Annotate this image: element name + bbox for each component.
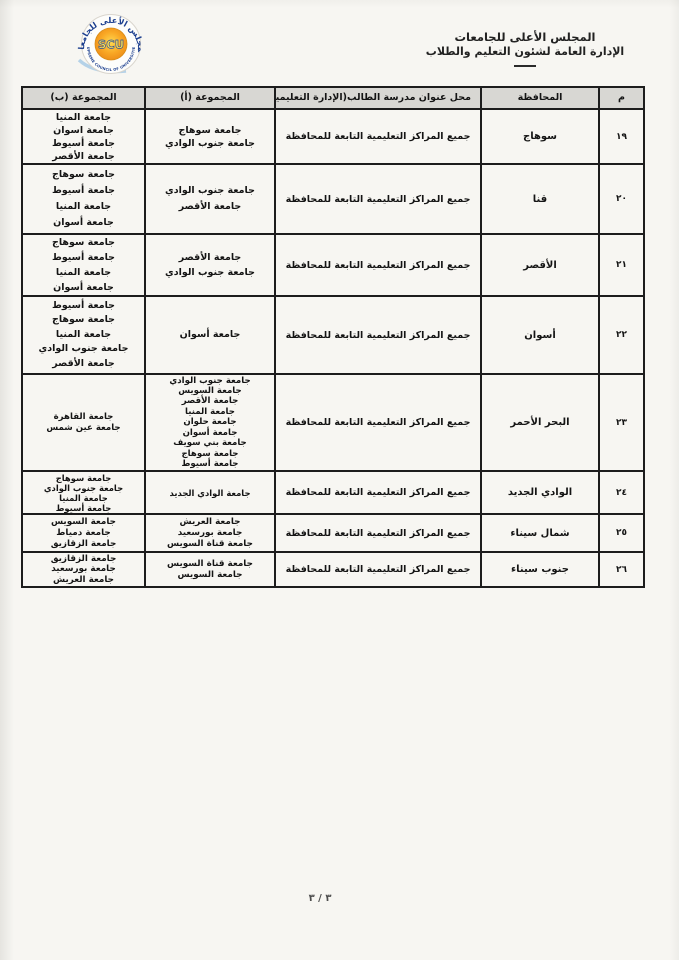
org-title-line2: الإدارة العامة لشئون التعليم والطلاب: [400, 44, 650, 59]
col-header-school-right: محل عنوان مدرسة الطالب: [347, 93, 471, 103]
row-number-cell: ٢٠: [599, 164, 644, 234]
row-number-cell: ٢٤: [599, 471, 644, 514]
university-item: جامعة الأقصر: [23, 150, 144, 163]
governorate-cell: الأقصر: [481, 234, 599, 296]
row-number-cell: ٢٥: [599, 514, 644, 552]
university-item: جامعة الأقصر: [146, 250, 274, 265]
group-a-cell: جامعة سوهاججامعة جنوب الوادي: [145, 109, 275, 164]
group-a-cell: جامعة الأقصرجامعة جنوب الوادي: [145, 234, 275, 296]
university-item: جامعة الزقازيق: [23, 554, 144, 565]
group-a-cell: جامعة الوادي الجديد: [145, 471, 275, 514]
row-number-cell: ٢٣: [599, 374, 644, 471]
table-row: ٢٦جنوب سيناءجميع المراكز التعليمية التاب…: [22, 552, 644, 587]
university-item: جامعة القاهرة: [23, 412, 144, 422]
group-b-cell: جامعة سوهاججامعة جنوب الواديجامعة المنيا…: [22, 471, 145, 514]
governorate-cell: البحر الأحمر: [481, 374, 599, 471]
university-item: جامعة جنوب الوادي: [23, 342, 144, 357]
university-item: جامعة العريش: [146, 517, 274, 528]
governorate-cell: قنا: [481, 164, 599, 234]
school-scope-cell: جميع المراكز التعليمية التابعة للمحافظة: [275, 164, 481, 234]
university-item: جامعة المنيا: [146, 407, 274, 417]
university-item: جامعة حلوان: [146, 417, 274, 427]
col-header-group-a: المجموعة (أ): [145, 87, 275, 109]
university-item: جامعة أسيوط: [23, 137, 144, 150]
group-b-cell: جامعة أسيوطجامعة سوهاججامعة المنياجامعة …: [22, 296, 145, 374]
row-number-cell: ٢٢: [599, 296, 644, 374]
university-item: جامعة أسيوط: [23, 503, 144, 513]
university-item: جامعة الوادي الجديد: [146, 488, 274, 498]
table-row: ٢٢أسوانجميع المراكز التعليمية التابعة لل…: [22, 296, 644, 374]
document-page: المجلس الأعلى للجامعات SCU SUPREME COUNC…: [0, 0, 679, 960]
university-item: جامعة سوهاج: [23, 473, 144, 483]
row-number-cell: ١٩: [599, 109, 644, 164]
university-item: جامعة الأقصر: [146, 396, 274, 406]
governorate-cell: جنوب سيناء: [481, 552, 599, 587]
university-item: جامعة اسوان: [23, 124, 144, 137]
university-item: جامعة المنيا: [23, 111, 144, 124]
scu-logo-emblem: المجلس الأعلى للجامعات SCU SUPREME COUNC…: [76, 10, 146, 78]
table-row: ٢٤الوادي الجديدجميع المراكز التعليمية ال…: [22, 471, 644, 514]
university-item: جامعة الزقازيق: [23, 539, 144, 550]
group-b-cell: جامعة المنياجامعة اسوانجامعة أسيوطجامعة …: [22, 109, 145, 164]
row-number-cell: ٢٦: [599, 552, 644, 587]
group-a-cell: جامعة جنوب الواديجامعة السويسجامعة الأقص…: [145, 374, 275, 471]
group-a-cell: جامعة أسوان: [145, 296, 275, 374]
scu-logo: المجلس الأعلى للجامعات SCU SUPREME COUNC…: [76, 10, 146, 78]
col-header-school-left: (الإدارة التعليمية): [275, 93, 347, 103]
school-scope-cell: جميع المراكز التعليمية التابعة للمحافظة: [275, 471, 481, 514]
university-item: جامعة قناة السويس: [146, 559, 274, 570]
university-item: جامعة أسوان: [23, 280, 144, 295]
university-item: جامعة المنيا: [23, 199, 144, 215]
university-item: جامعة عين شمس: [23, 423, 144, 433]
school-scope-cell: جميع المراكز التعليمية التابعة للمحافظة: [275, 552, 481, 587]
university-item: جامعة الأقصر: [23, 357, 144, 372]
governorate-cell: أسوان: [481, 296, 599, 374]
university-item: جامعة جنوب الوادي: [146, 137, 274, 150]
group-a-cell: جامعة قناة السويسجامعة السويس: [145, 552, 275, 587]
header-separator: [514, 65, 536, 67]
school-scope-cell: جميع المراكز التعليمية التابعة للمحافظة: [275, 514, 481, 552]
university-item: جامعة جنوب الوادي: [146, 265, 274, 280]
university-item: جامعة أسيوط: [146, 459, 274, 469]
school-scope-cell: جميع المراكز التعليمية التابعة للمحافظة: [275, 374, 481, 471]
col-header-governorate: المحافظة: [481, 87, 599, 109]
university-item: جامعة سوهاج: [23, 167, 144, 183]
group-a-cell: جامعة العريشجامعة بورسعيدجامعة قناة السو…: [145, 514, 275, 552]
university-item: جامعة أسوان: [146, 428, 274, 438]
page-number: ٣ / ٣: [270, 893, 370, 904]
university-item: جامعة السويس: [146, 570, 274, 581]
org-title-line1: المجلس الأعلى للجامعات: [400, 30, 650, 44]
university-item: جامعة قناة السويس: [146, 539, 274, 550]
university-item: جامعة بني سويف: [146, 438, 274, 448]
university-item: جامعة أسيوط: [23, 183, 144, 199]
group-a-cell: جامعة جنوب الواديجامعة الأقصر: [145, 164, 275, 234]
university-item: جامعة أسوان: [23, 215, 144, 231]
university-item: جامعة الأقصر: [146, 199, 274, 215]
school-scope-cell: جميع المراكز التعليمية التابعة للمحافظة: [275, 109, 481, 164]
university-item: جامعة المنيا: [23, 328, 144, 343]
governorate-cell: الوادي الجديد: [481, 471, 599, 514]
table-row: ٢١الأقصرجميع المراكز التعليمية التابعة ل…: [22, 234, 644, 296]
university-item: جامعة أسيوط: [23, 299, 144, 314]
table-row: ٢٣البحر الأحمرجميع المراكز التعليمية الت…: [22, 374, 644, 471]
group-b-cell: جامعة السويسجامعة دمياطجامعة الزقازيق: [22, 514, 145, 552]
group-b-cell: جامعة القاهرةجامعة عين شمس: [22, 374, 145, 471]
org-header: المجلس الأعلى للجامعات الإدارة العامة لش…: [400, 30, 650, 67]
university-item: جامعة سوهاج: [23, 235, 144, 250]
header-row: م المحافظة محل عنوان مدرسة الطالب (الإدا…: [22, 87, 644, 109]
group-b-cell: جامعة الزقازيقجامعة بورسعيدجامعة العريش: [22, 552, 145, 587]
university-item: جامعة سوهاج: [23, 313, 144, 328]
university-item: جامعة جنوب الوادي: [23, 483, 144, 493]
university-item: جامعة السويس: [23, 517, 144, 528]
col-header-school-address: محل عنوان مدرسة الطالب (الإدارة التعليمي…: [275, 87, 481, 109]
table-row: ١٩سوهاججميع المراكز التعليمية التابعة لل…: [22, 109, 644, 164]
university-item: جامعة سوهاج: [146, 124, 274, 137]
university-item: جامعة أسوان: [146, 328, 274, 343]
university-item: جامعة بورسعيد: [146, 528, 274, 539]
row-number-cell: ٢١: [599, 234, 644, 296]
university-item: جامعة جنوب الوادي: [146, 183, 274, 199]
governorate-cell: شمال سيناء: [481, 514, 599, 552]
col-header-group-b: المجموعة (ب): [22, 87, 145, 109]
university-item: جامعة أسيوط: [23, 250, 144, 265]
university-item: جامعة السويس: [146, 386, 274, 396]
table-row: ٢٠قناجميع المراكز التعليمية التابعة للمح…: [22, 164, 644, 234]
university-item: جامعة العريش: [23, 575, 144, 586]
university-item: جامعة المنيا: [23, 265, 144, 280]
placement-table: م المحافظة محل عنوان مدرسة الطالب (الإدا…: [21, 86, 645, 588]
governorate-cell: سوهاج: [481, 109, 599, 164]
university-item: جامعة جنوب الوادي: [146, 376, 274, 386]
group-b-cell: جامعة سوهاججامعة أسيوطجامعة المنياجامعة …: [22, 234, 145, 296]
school-scope-cell: جميع المراكز التعليمية التابعة للمحافظة: [275, 234, 481, 296]
table-row: ٢٥شمال سيناءجميع المراكز التعليمية التاب…: [22, 514, 644, 552]
logo-scu-monogram: SCU: [98, 38, 124, 52]
university-item: جامعة بورسعيد: [23, 564, 144, 575]
col-header-number: م: [599, 87, 644, 109]
table-body: ١٩سوهاججميع المراكز التعليمية التابعة لل…: [22, 109, 644, 587]
school-scope-cell: جميع المراكز التعليمية التابعة للمحافظة: [275, 296, 481, 374]
university-item: جامعة المنيا: [23, 493, 144, 503]
group-b-cell: جامعة سوهاججامعة أسيوطجامعة المنياجامعة …: [22, 164, 145, 234]
university-item: جامعة دمياط: [23, 528, 144, 539]
university-item: جامعة سوهاج: [146, 449, 274, 459]
